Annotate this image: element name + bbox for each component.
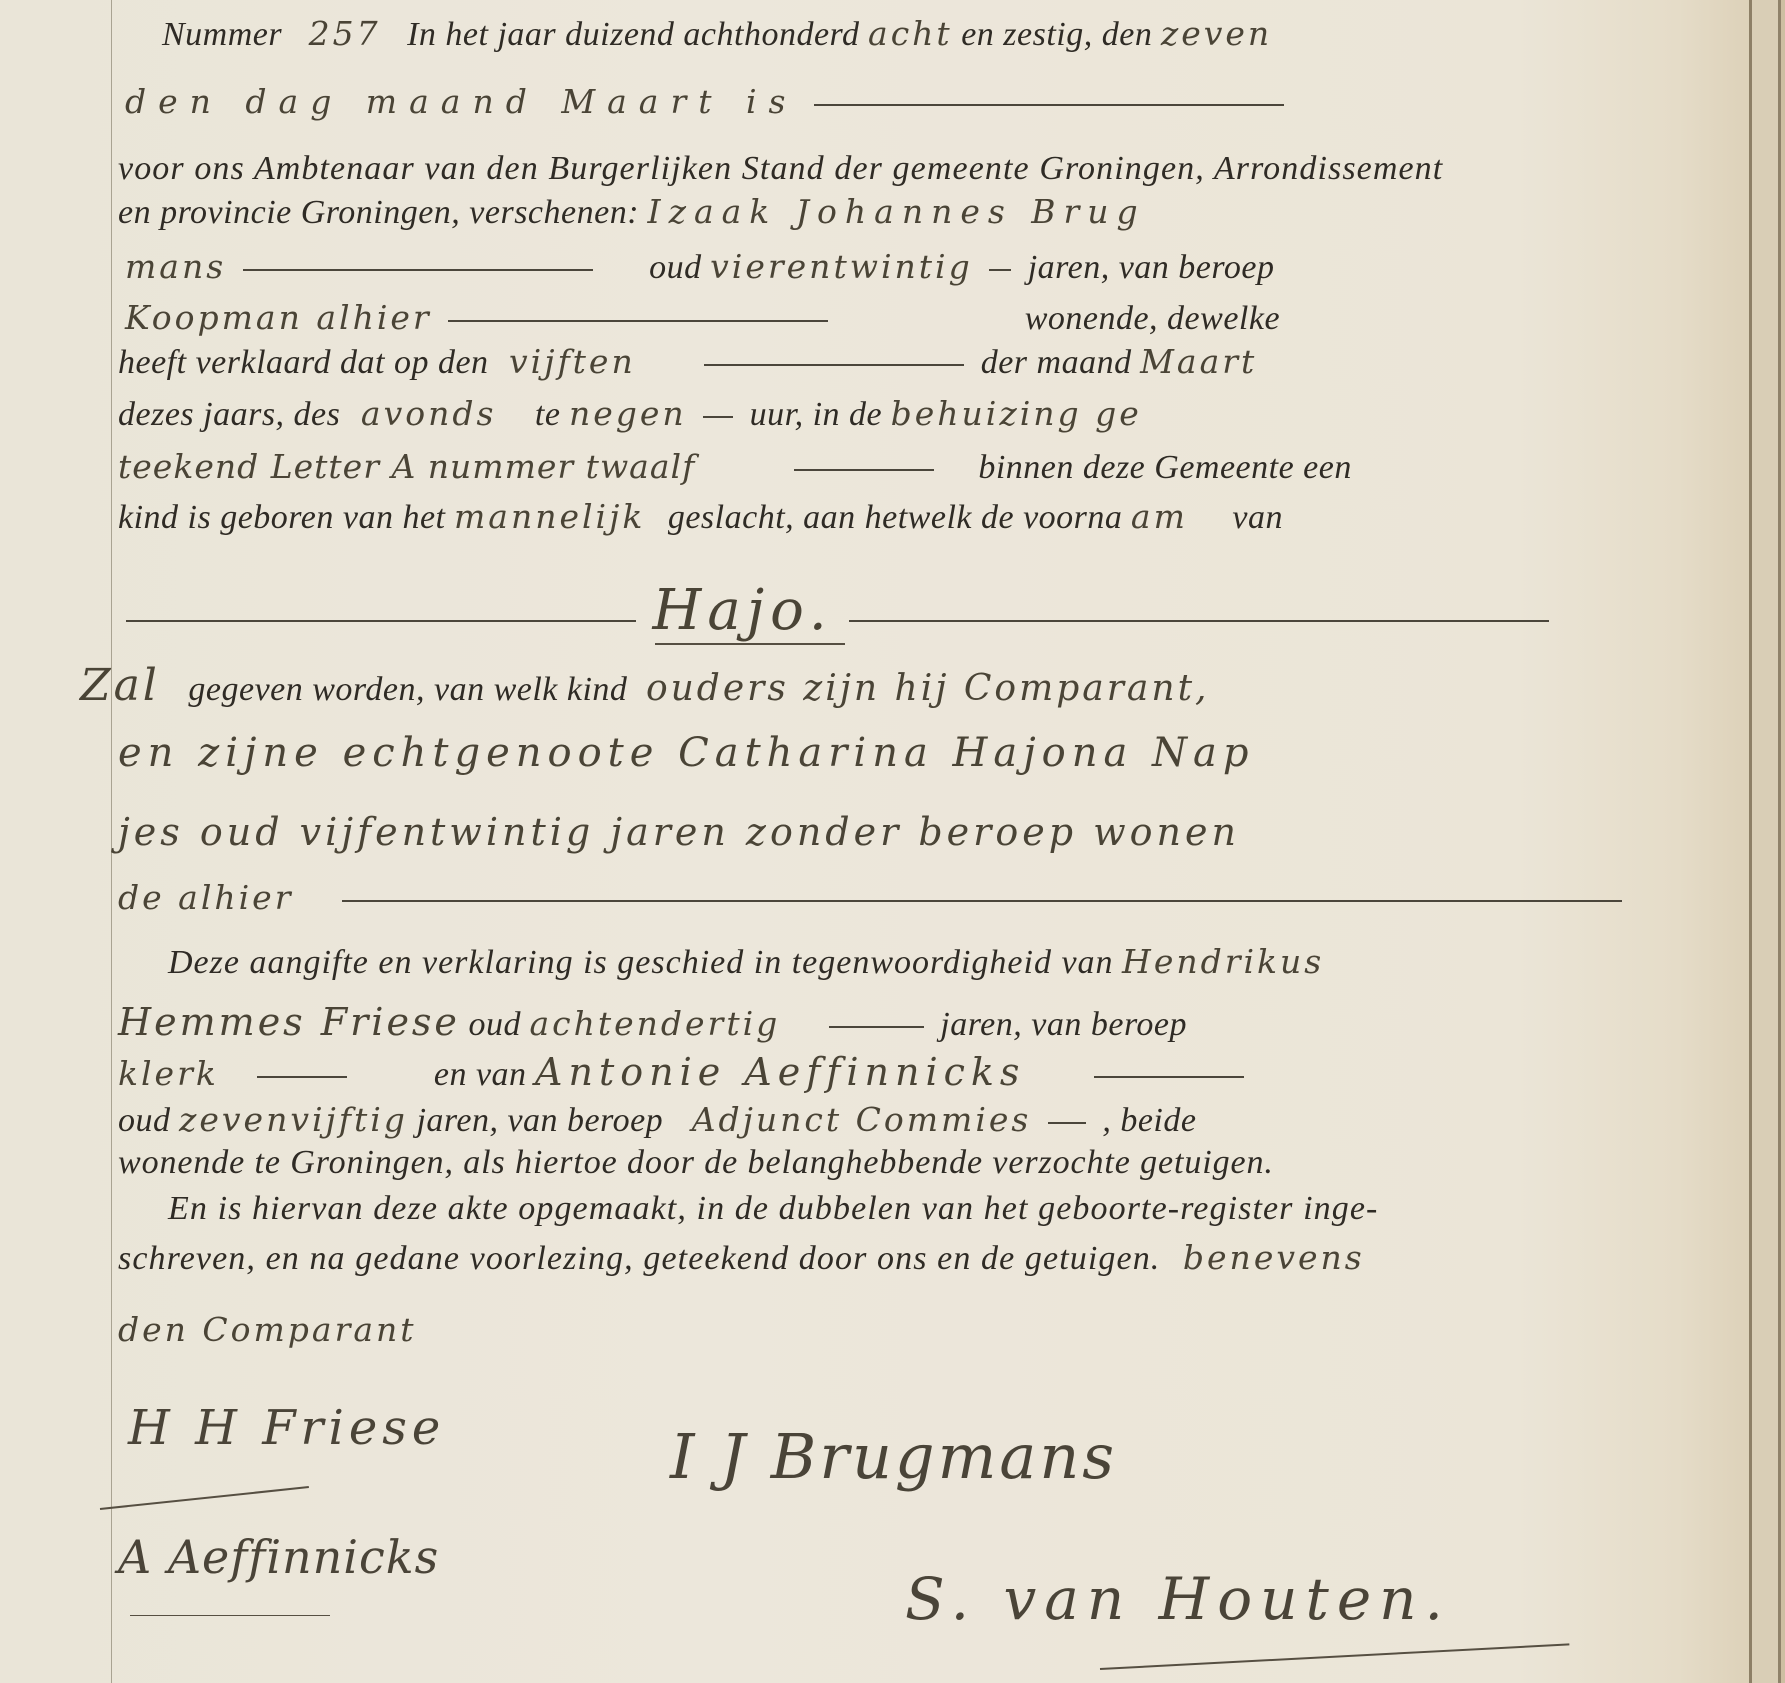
record-number: 257	[309, 14, 381, 53]
printed-text: oud	[118, 1102, 171, 1139]
fill-line	[243, 269, 593, 271]
printed-text: jaren, van beroep	[416, 1102, 663, 1139]
printed-text: schreven, en na gedane voorlezing, getee…	[118, 1240, 1160, 1277]
line-22: schreven, en na gedane voorlezing, getee…	[118, 1238, 1365, 1278]
page-edge	[1752, 0, 1779, 1683]
signature-underline	[1100, 1643, 1569, 1670]
birth-hour: negen	[569, 394, 687, 433]
signature-witness2: A Aeffinnicks	[118, 1530, 439, 1584]
printed-text: gegeven worden, van welk kind	[188, 671, 627, 708]
handwritten-text: benevens	[1183, 1238, 1365, 1277]
printed-text: , beide	[1102, 1102, 1196, 1139]
line-1: Nummer 257 In het jaar duizend achthonde…	[162, 14, 1272, 54]
line-5: mans oud vierentwintig jaren, van beroep	[125, 247, 1274, 287]
line-15: de alhier	[118, 878, 1630, 918]
declarant-age: vierentwintig	[710, 247, 973, 286]
printed-text: en van	[434, 1056, 527, 1093]
printed-text: kind is geboren van het	[118, 499, 446, 536]
signature-registrar: S. van Houten.	[905, 1565, 1451, 1633]
printed-text: In het jaar duizend achthonderd	[407, 16, 859, 53]
fill-line	[448, 320, 828, 322]
witness2-name: Antonie Aeffinnicks	[535, 1050, 1025, 1094]
signature-underline	[100, 1486, 309, 1510]
line-4: en provincie Groningen, verschenen: Izaa…	[118, 192, 1146, 232]
fill-line	[704, 364, 964, 366]
fill-line	[342, 900, 1622, 902]
witness1-first-name: Hendrikus	[1122, 942, 1324, 981]
register-page: Nummer 257 In het jaar duizend achthonde…	[0, 0, 1785, 1683]
handwritten-text: den Comparant	[118, 1310, 417, 1349]
child-name: Hajo.	[653, 578, 833, 643]
witness1-age: achtendertig	[529, 1004, 780, 1043]
printed-text: oud	[468, 1006, 521, 1043]
line-7: heeft verklaard dat op den vijften der m…	[118, 342, 1257, 382]
printed-text: wonende te Groningen, als hiertoe door d…	[118, 1144, 1274, 1181]
signature-witness1: H H Friese	[128, 1400, 445, 1456]
printed-text: jaren, van beroep	[940, 1006, 1187, 1043]
birth-month: Maart	[1140, 342, 1257, 381]
line-2: den dag maand Maart is	[125, 82, 1292, 122]
printed-text: voor ons Ambtenaar van den Burgerlijken …	[118, 150, 1443, 187]
page-edge	[1781, 0, 1785, 1683]
printed-text: dezes jaars, des	[118, 396, 340, 433]
line-6: Koopman alhier wonende, dewelke	[125, 298, 1280, 338]
printed-text: geslacht, aan hetwelk de voorna	[668, 499, 1123, 536]
line-10: kind is geboren van het mannelijk geslac…	[118, 497, 1283, 537]
line-14: jes oud vijfentwintig jaren zonder beroe…	[118, 810, 1240, 854]
witness2-age: zevenvijftig	[179, 1100, 408, 1139]
printed-text: Deze aangifte en verklaring is geschied …	[168, 944, 1114, 981]
handwritten-insert: am	[1131, 497, 1188, 536]
name-underline	[655, 643, 845, 645]
line-23: den Comparant	[118, 1310, 417, 1350]
birth-address: teekend Letter A nummer twaalf	[118, 447, 695, 486]
printed-text: En is hiervan deze akte opgemaakt, in de…	[168, 1190, 1378, 1227]
printed-text: der maand	[981, 344, 1132, 381]
fill-line	[794, 469, 934, 471]
margin-rule	[111, 0, 112, 1683]
line-3: voor ons Ambtenaar van den Burgerlijken …	[118, 150, 1443, 188]
declarant-occupation: Koopman alhier	[125, 298, 432, 337]
witness2-occupation: Adjunct Commies	[692, 1100, 1032, 1139]
handwritten-text: Zal	[80, 660, 160, 711]
birth-place: behuizing ge	[891, 394, 1142, 433]
label-nummer: Nummer	[162, 16, 282, 53]
fill-line	[1094, 1076, 1244, 1078]
mother-residence: de alhier	[118, 878, 293, 917]
time-of-day: avonds	[361, 394, 497, 433]
signature-father: I J Brugmans	[670, 1420, 1117, 1493]
printed-text: te	[535, 396, 561, 433]
printed-text: heeft verklaard dat op den	[118, 344, 489, 381]
day-word: zeven	[1161, 14, 1272, 53]
child-sex: mannelijk	[454, 497, 645, 536]
printed-text: en provincie Groningen, verschenen:	[118, 194, 639, 231]
line-19: oud zevenvijftig jaren, van beroep Adjun…	[118, 1100, 1196, 1140]
declarant-name: Izaak Johannes Brug	[648, 192, 1146, 231]
printed-text: wonende, dewelke	[1025, 300, 1280, 337]
fill-line	[849, 620, 1549, 622]
printed-text: jaren, van beroep	[1028, 249, 1275, 286]
printed-text: van	[1232, 499, 1283, 536]
line-9: teekend Letter A nummer twaalf binnen de…	[118, 447, 1352, 487]
line-17: Hemmes Friese oud achtendertig jaren, va…	[118, 1000, 1187, 1044]
fill-line	[1048, 1122, 1086, 1124]
line-16: Deze aangifte en verklaring is geschied …	[168, 942, 1324, 982]
line-20: wonende te Groningen, als hiertoe door d…	[118, 1144, 1274, 1182]
line-11: Hajo.	[118, 578, 1557, 643]
printed-text: en zestig, den	[961, 16, 1152, 53]
printed-text: binnen deze Gemeente een	[978, 449, 1352, 486]
declarant-name-cont: mans	[125, 247, 226, 286]
mother-details: jes oud vijfentwintig jaren zonder beroe…	[118, 810, 1240, 854]
birth-day: vijften	[509, 342, 636, 381]
printed-text: uur, in de	[750, 396, 883, 433]
fill-line	[126, 620, 636, 622]
date-text: den dag maand Maart is	[125, 82, 797, 121]
line-18: klerk en van Antonie Aeffinnicks	[118, 1050, 1252, 1094]
line-13: en zijne echtgenoote Catharina Hajona Na…	[118, 730, 1255, 776]
line-21: En is hiervan deze akte opgemaakt, in de…	[168, 1190, 1378, 1228]
year-word: acht	[868, 14, 953, 53]
fill-line	[829, 1026, 924, 1028]
fill-line	[989, 269, 1011, 271]
witness1-occupation: klerk	[118, 1054, 219, 1093]
fill-line	[814, 104, 1284, 106]
parents-text: ouders zijn hij Comparant,	[646, 668, 1210, 709]
mother-name: en zijne echtgenoote Catharina Hajona Na…	[118, 730, 1255, 776]
line-12: Zal gegeven worden, van welk kind ouders…	[80, 660, 1209, 711]
fill-line	[703, 416, 733, 418]
signature-underline	[130, 1615, 330, 1616]
printed-text: oud	[649, 249, 702, 286]
fill-line	[257, 1076, 347, 1078]
witness1-name: Hemmes Friese	[118, 1000, 460, 1044]
line-8: dezes jaars, des avonds te negen uur, in…	[118, 394, 1142, 434]
